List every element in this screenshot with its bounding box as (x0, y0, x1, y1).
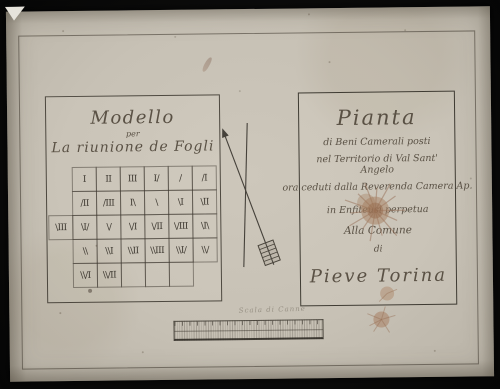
grid-cell (145, 262, 170, 287)
grid-cell: \\I/ (168, 238, 193, 263)
right-title-pianta: Pianta (337, 105, 417, 130)
photo-background: Modello per La riunione de Fogli I II II… (0, 0, 500, 389)
grid-cell: \/I (120, 214, 145, 239)
left-title-main: Modello (46, 106, 219, 129)
grid-cell: /II (72, 191, 97, 216)
grid-cell: \\III (144, 238, 169, 263)
grid-cell: \\/I (73, 263, 98, 288)
dust-specks (6, 12, 8, 14)
grid-cell (121, 262, 146, 287)
grid-cell: \\/II (97, 262, 122, 287)
grid-cell: \\/ (192, 237, 217, 262)
grid-cell: \III (48, 215, 73, 240)
grid-cell (169, 262, 194, 287)
grid-cell: \II (192, 189, 217, 214)
grid-cell: II (96, 166, 121, 191)
grid-cell: I/ (144, 166, 169, 191)
grid-cell: \I (168, 190, 193, 215)
roman-numeral-grid: I II III I/ / /I /II /III I\ \ \I \II \I… (48, 165, 220, 289)
grid-cell: \I\ (192, 213, 217, 238)
grid-cell: III (120, 166, 145, 191)
left-panel-title: Modello per La riunione de Fogli (46, 95, 220, 156)
grid-cell: \/III (168, 214, 193, 239)
grid-cell: I\ (120, 190, 145, 215)
ink-stain-splatter (338, 167, 450, 348)
grid-cell: \/II (144, 214, 169, 239)
grid-row: \III \I/ \/ \/I \/II \/III \I\ (48, 213, 217, 240)
right-title-line: di Beni Camerali posti (323, 136, 430, 148)
scale-bar (173, 319, 323, 341)
paper: Modello per La riunione de Fogli I II II… (6, 6, 494, 381)
grid-cell: \\I (96, 238, 121, 263)
grid-cell: I (72, 167, 97, 192)
grid-row: /II /III I\ \ \I \II (72, 189, 217, 216)
grid-cell: / (168, 166, 193, 191)
left-title-sub: La riunione de Fogli (46, 138, 219, 156)
grid-cell: \\II (120, 238, 145, 263)
grid-row: \\/I \\/II (73, 262, 194, 288)
left-panel: Modello per La riunione de Fogli I II II… (45, 94, 222, 303)
grid-row: I II III I/ / /I (72, 165, 217, 192)
grid-cell: /I (192, 165, 217, 190)
grid-row: \\ \\I \\II \\III \\I/ \\/ (72, 237, 217, 264)
grid-cell: \I/ (72, 215, 97, 240)
north-arrow-icon (214, 109, 301, 300)
grid-cell: \/ (96, 214, 121, 239)
grid-cell: /III (96, 190, 121, 215)
grid-cell: \ (144, 190, 169, 215)
grid-cell: \\ (72, 239, 97, 264)
corner-tear (5, 7, 25, 21)
